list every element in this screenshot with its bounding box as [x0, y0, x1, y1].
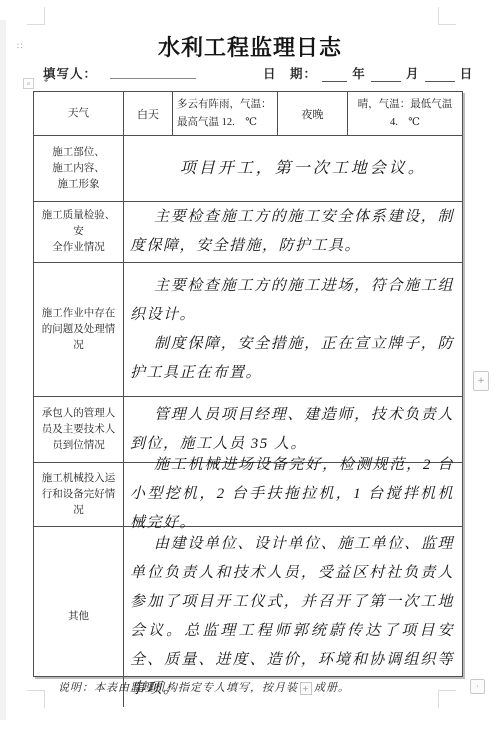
date-label: 日 期：	[263, 67, 317, 81]
row-label: 施工作业中存在 的问题及处理情 况	[34, 263, 124, 396]
filler-blank-field[interactable]	[110, 64, 196, 79]
table-row-quality-safety: 施工质量检验、安 全作业情况 主要检查施工方的施工安全体系建设，制度保障，安全措…	[34, 202, 462, 263]
page-title: 水利工程监理日志	[0, 31, 500, 62]
supervision-log-table: 天气 白天 多云有阵雨，气温： 最高气温 12. ℃ 夜晚 晴，气温：最低气温 …	[33, 91, 463, 677]
row-content[interactable]: 项目开工，第一次工地会议。	[124, 136, 462, 201]
date-year-blank[interactable]	[322, 67, 347, 82]
table-row-machinery: 施工机械投入运 行和设备完好情 况 施工机械进场设备完好，检测规范，2 台小型挖…	[34, 463, 462, 527]
content-paragraph: 管理人员项目经理、建造师，技术负责人到位，施工人员 35 人。	[130, 401, 454, 459]
missing-glyph-box-icon: +	[300, 682, 312, 695]
row-label: 施工机械投入运 行和设备完好情 况	[34, 463, 124, 526]
date-group: 日 期： 年 月 日	[263, 64, 473, 82]
document-page: ∷ ↕ 水利工程监理日志 填写人： 日 期： 年 月 日 天气 白天 多云有阵雨…	[0, 0, 500, 738]
date-day-label: 日	[460, 67, 474, 81]
weather-night-value[interactable]: 晴，气温：最低气温 4. ℃	[348, 92, 462, 135]
footer-note-prefix: 说明：本表由监理机构指定专人填写，按月装	[58, 682, 298, 694]
row-content[interactable]: 主要检查施工方的施工进场，符合施工组织设计。 制度保障，安全措施，正在宣立牌子，…	[124, 263, 462, 396]
date-day-blank[interactable]	[425, 67, 455, 82]
row-content[interactable]: 施工机械进场设备完好，检测规范，2 台小型挖机，2 台手扶拖拉机，1 台搅拌机机…	[124, 463, 462, 526]
weather-row: 天气 白天 多云有阵雨，气温： 最高气温 12. ℃ 夜晚 晴，气温：最低气温 …	[34, 92, 462, 136]
row-label: 施工部位、 施工内容、 施工形象	[34, 136, 124, 201]
page-marker-icon[interactable]: ·	[470, 679, 485, 694]
row-content[interactable]: 主要检查施工方的施工安全体系建设，制度保障，安全措施，防护工具。	[124, 202, 462, 262]
content-paragraph: 制度保障，安全措施，正在宣立牌子，防护工具正在布置。	[130, 330, 454, 388]
weather-label: 天气	[34, 92, 124, 135]
content-paragraph: 项目开工，第一次工地会议。	[157, 154, 426, 183]
content-paragraph: 主要检查施工方的施工进场，符合施工组织设计。	[130, 272, 454, 330]
weather-day-value[interactable]: 多云有阵雨，气温： 最高气温 12. ℃	[173, 92, 278, 135]
table-row-problems-handling: 施工作业中存在 的问题及处理情 况 主要检查施工方的施工进场，符合施工组织设计。…	[34, 263, 462, 397]
footer-note-suffix: 成册。	[314, 682, 350, 694]
date-month-blank[interactable]	[371, 67, 401, 82]
comment-marker-icon[interactable]: +	[473, 371, 489, 391]
filler-label: 填写人：	[43, 64, 97, 82]
page-edge-shade	[0, 20, 6, 720]
meta-line: 填写人： 日 期： 年 月 日	[0, 62, 500, 82]
table-row-construction-scope: 施工部位、 施工内容、 施工形象 项目开工，第一次工地会议。	[34, 136, 462, 202]
margin-crop-mark-top-right	[438, 7, 456, 25]
row-label: 施工质量检验、安 全作业情况	[34, 202, 124, 262]
weather-night-label: 夜晚	[278, 92, 348, 135]
content-paragraph: 由建设单位、设计单位、施工单位、监理单位负责人和技术人员，受益区村社负责人参加了…	[130, 530, 454, 704]
footer-note: 说明：本表由监理机构指定专人填写，按月装+成册。	[58, 679, 478, 695]
date-year-label: 年	[352, 67, 366, 81]
content-paragraph: 主要检查施工方的施工安全体系建设，制度保障，安全措施，防护工具。	[130, 203, 454, 261]
row-label: 承包人的管理人 员及主要技术人 员到位情况	[34, 397, 124, 462]
margin-crop-mark-top-left	[27, 7, 45, 25]
content-paragraph: 施工机械进场设备完好，检测规范，2 台小型挖机，2 台手扶拖拉机，1 台搅拌机机…	[130, 451, 454, 538]
date-month-label: 月	[406, 67, 420, 81]
weather-day-label: 白天	[124, 92, 173, 135]
